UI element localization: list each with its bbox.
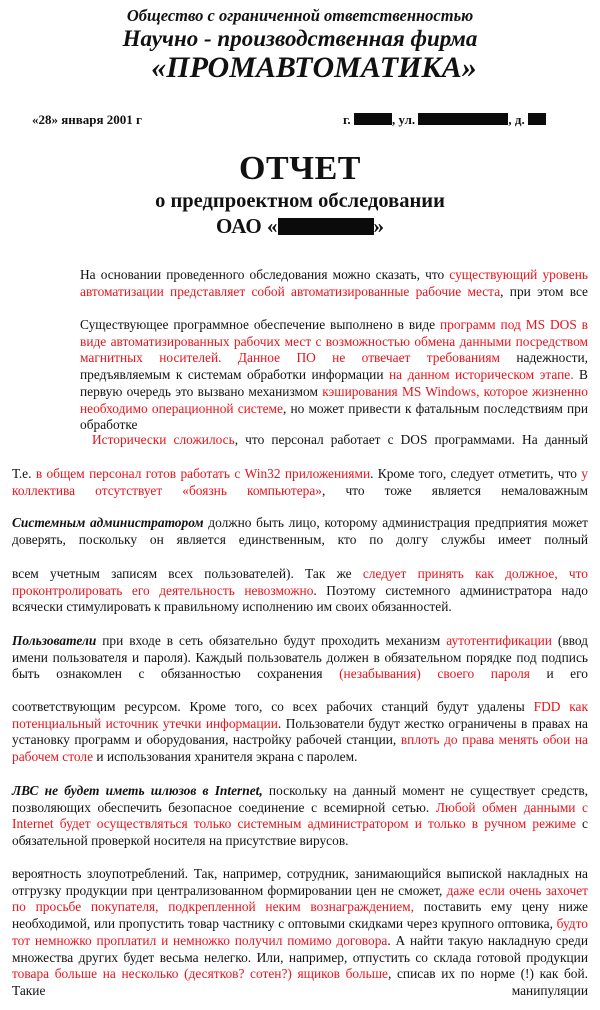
paragraph-sysadmin-control: всем учетным записям всех пользователей)…: [12, 566, 588, 616]
report-subtitle: о предпроектном обследовании: [0, 190, 600, 213]
street-label: , ул.: [392, 112, 415, 127]
paragraph-internet-gateway: ЛВС не будет иметь шлюзов в Internet, по…: [12, 783, 588, 850]
paragraph-historical: Исторически сложилось, что персонал рабо…: [12, 432, 588, 449]
redacted-city: [354, 113, 392, 125]
company-name: «ПРОМАВТОМАТИКА»: [14, 51, 600, 85]
paragraph-workstation-restrictions: соответствующим ресурсом. Кроме того, со…: [12, 699, 588, 766]
house-label: , д.: [508, 112, 524, 127]
report-title: ОТЧЕТ: [0, 150, 600, 188]
company-kind: Научно - производственная фирма: [0, 26, 600, 52]
paragraph-sysadmin: Системным администратором должно быть ли…: [12, 515, 588, 548]
city-label: г.: [343, 112, 351, 127]
paragraph-automation-level: На основании проведенного обследования м…: [12, 267, 588, 300]
report-organization: ОАО «»: [0, 214, 600, 239]
redacted-organization: [278, 218, 374, 235]
company-type: Общество с ограниченной ответственностью: [0, 6, 600, 26]
document-date: «28» января 2001 г: [32, 112, 142, 128]
paragraph-win32-readiness: Т.е. в общем персонал готов работать с W…: [12, 466, 588, 499]
paragraph-existing-software: Существующее программное обеспечение вып…: [12, 317, 588, 434]
redacted-street: [418, 113, 508, 125]
paragraph-abuse-examples: вероятность злоупотреблений. Так, наприм…: [12, 866, 588, 1000]
address-line: г. , ул. , д.: [343, 112, 546, 128]
redacted-house: [528, 113, 546, 125]
paragraph-users: Пользователи при входе в сеть обязательн…: [12, 633, 588, 683]
